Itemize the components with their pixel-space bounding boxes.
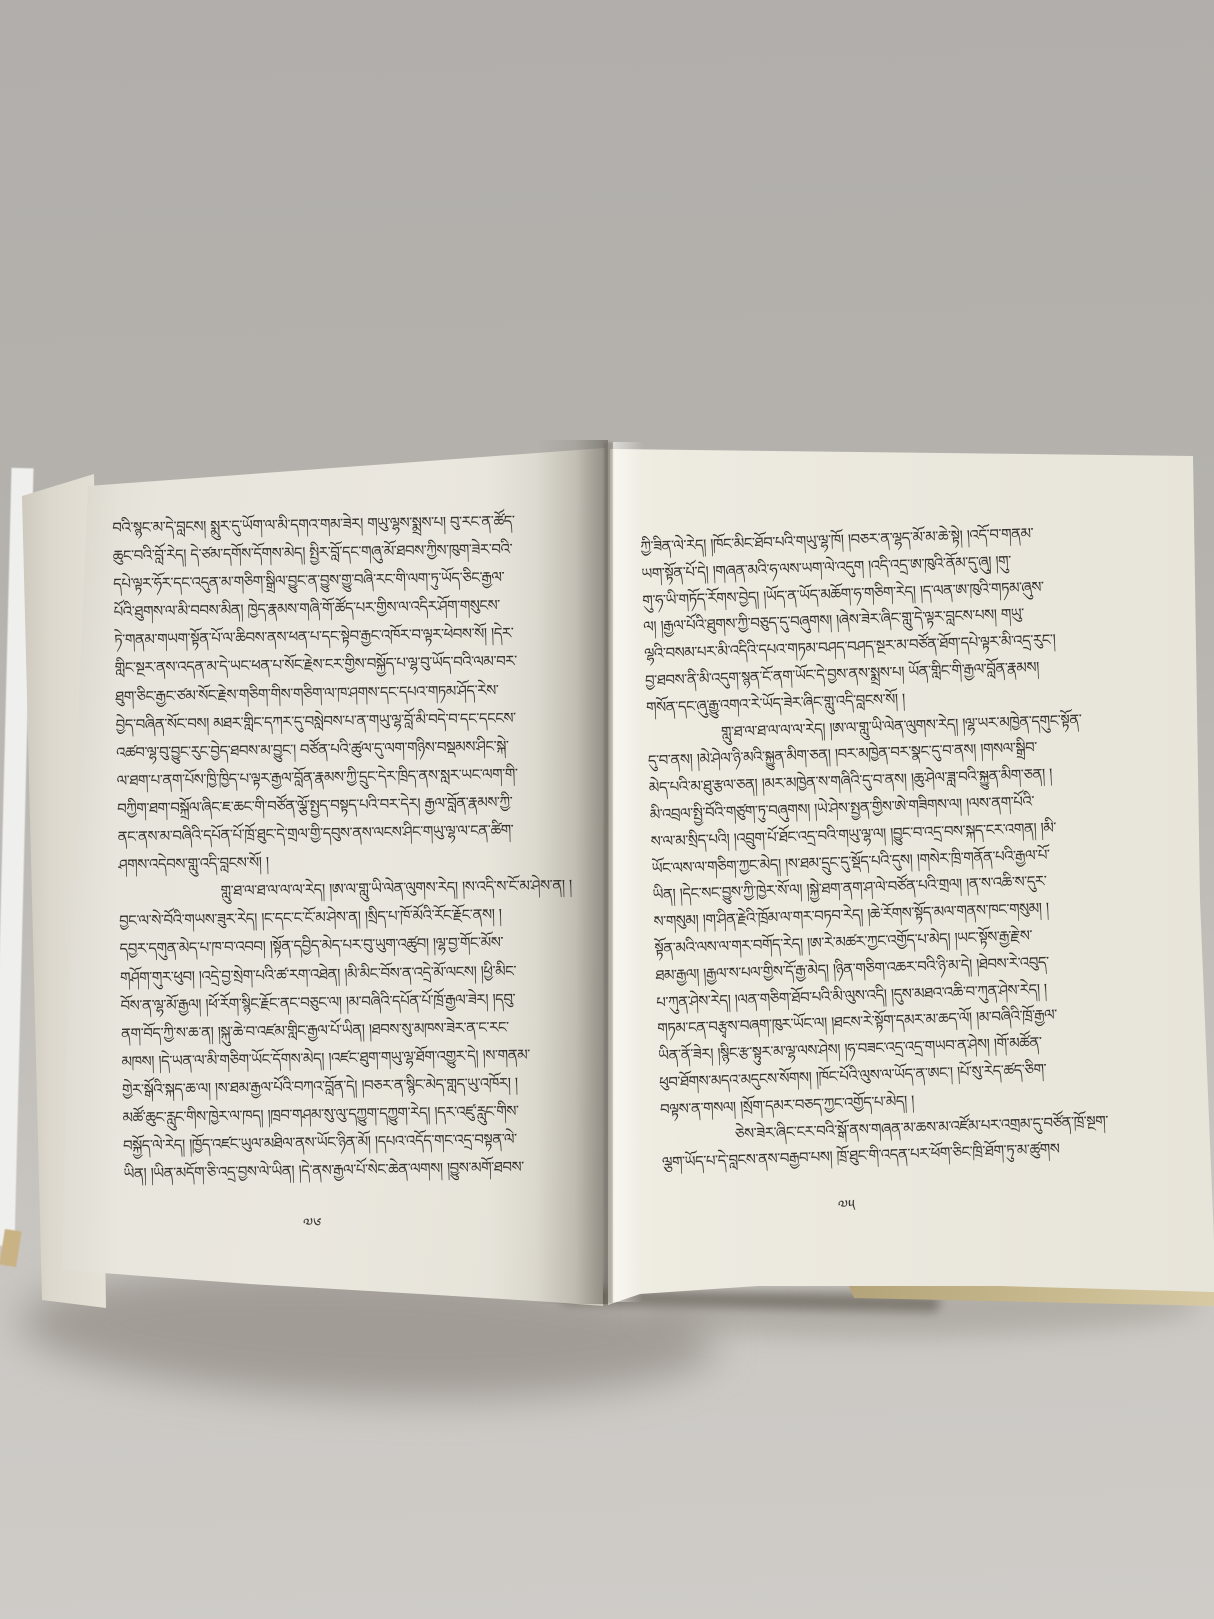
left-page-text: བའི་སྙང་མ་དེ་བླངས། སྨུར་དུ་ཡོག་ལ་མི་དགའ་… — [112, 506, 600, 1194]
right-page-number: ༧༥ — [837, 1188, 856, 1234]
book-photo: བའི་སྙང་མ་དེ་བླངས། སྨུར་དུ་ཡོག་ལ་མི་དགའ་… — [0, 0, 1214, 1619]
gutter-line — [604, 442, 613, 1304]
left-page-number: ༧༦ — [303, 1206, 322, 1251]
right-page-text: ཀྱི་ཟིན་ལེ་རེད། །ཁོང་མིང་ཐོབ་པའི་གཡུ་ལྷ་… — [640, 515, 1209, 1194]
gutter-highlight — [613, 442, 643, 1302]
